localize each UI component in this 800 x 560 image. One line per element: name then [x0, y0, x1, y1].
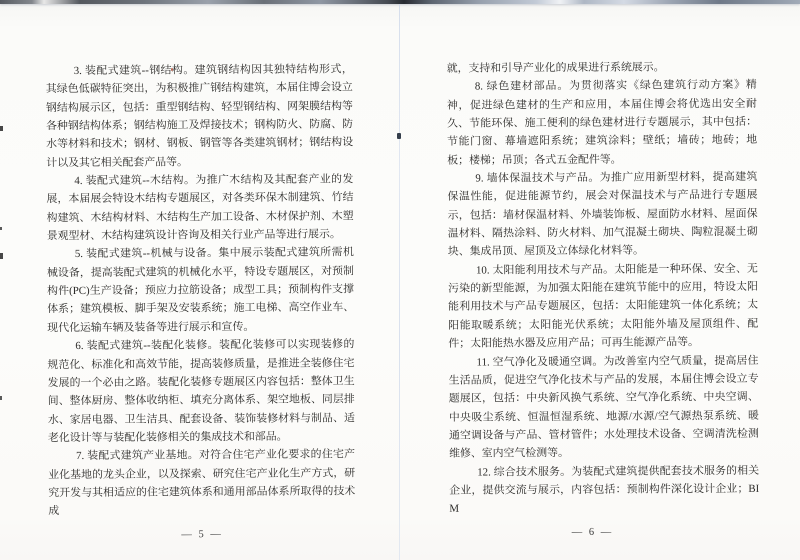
paragraph: 9. 墙体保温技术与产品。为推广应用新型材料，提高建筑保温性能，促进能源节约，展… — [447, 168, 758, 262]
page-number-left: — 5 — — [49, 528, 356, 541]
paragraph: 8. 绿色建材部品。为贯彻落实《绿色建筑行动方案》精神，促进绿色建材的生产和应用… — [447, 76, 758, 170]
paragraph: 4. 装配式建筑--木结构。为推广木结构及其配套产业的发展，本届展会特设木结构专… — [46, 170, 353, 245]
paragraph: 就，支持和引导产业化的成果进行系统展示。 — [447, 58, 757, 78]
paragraph: 5. 装配式建筑--机械与设备。集中展示装配式建筑所需机械设备，提高装配式建筑的… — [47, 244, 355, 338]
page-spread: 3. 装配式建筑--钢结构。建筑钢结构因其独特结构形式，其绿色低碳特征突出，为积… — [0, 0, 800, 560]
page-number-right: — 6 — — [438, 526, 748, 539]
page-right-text: 就，支持和引导产业化的成果进行系统展示。8. 绿色建材部品。为贯彻落实《绿色建筑… — [447, 58, 760, 518]
page-left-text: 3. 装配式建筑--钢结构。建筑钢结构因其独特结构形式，其绿色低碳特征突出，为积… — [46, 60, 356, 520]
paragraph: 11. 空气净化及暖通空调。为改善室内空气质量，提高居住生活品质，促进空气净化技… — [448, 351, 759, 463]
paragraph: 12. 综合技术服务。为装配式建筑提供配套技术服务的相关企业，提供交流与展示，内… — [449, 461, 759, 518]
page-right: 就，支持和引导产业化的成果进行系统展示。8. 绿色建材部品。为贯彻落实《绿色建筑… — [447, 58, 760, 550]
paragraph: 10. 太阳能利用技术与产品。太阳能是一种环保、安全、无污染的新型能源，为加强太… — [448, 260, 759, 354]
scanned-document: 3. 装配式建筑--钢结构。建筑钢结构因其独特结构形式，其绿色低碳特征突出，为积… — [0, 0, 800, 560]
paragraph: 7. 装配式建筑产业基地。对符合住宅产业化要求的住宅产业化基地的龙头企业，以及探… — [48, 445, 355, 520]
page-left: 3. 装配式建筑--钢结构。建筑钢结构因其独特结构形式，其绿色低碳特征突出，为积… — [46, 60, 356, 552]
paragraph: 3. 装配式建筑--钢结构。建筑钢结构因其独特结构形式，其绿色低碳特征突出，为积… — [46, 60, 354, 172]
paragraph: 6. 装配式建筑--装配化装修。装配化装修可以实现装修的规范化、标准化和高效节能… — [47, 335, 355, 447]
